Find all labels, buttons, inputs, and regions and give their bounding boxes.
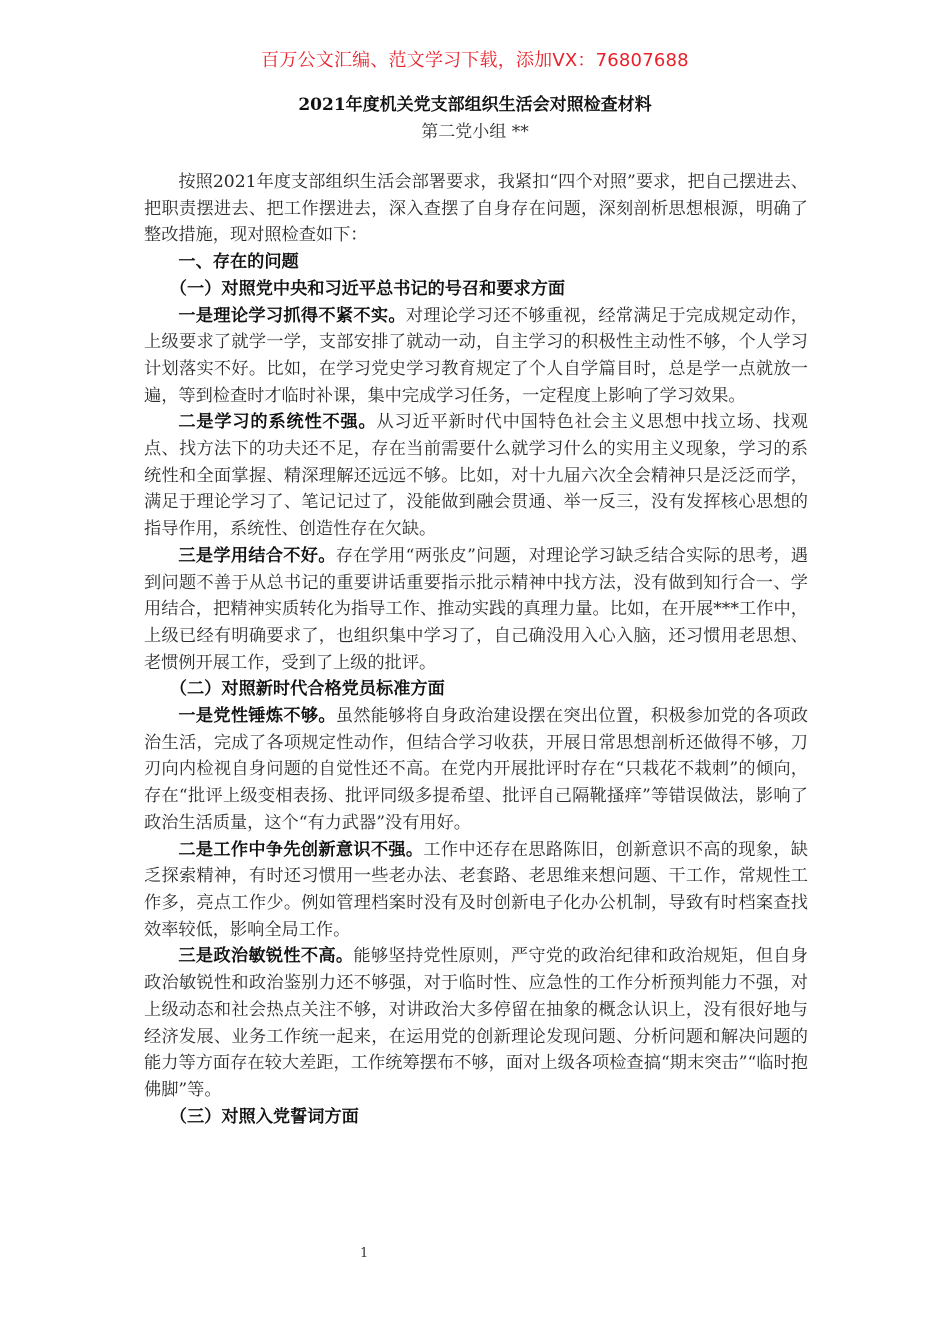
problem-lead: 三是政治敏锐性不高。 — [178, 946, 353, 966]
problem-paragraph: 三是政治敏锐性不高。能够坚持党性原则，严守党的政治纪律和政治规矩，但自身政治敏锐… — [144, 943, 808, 1103]
subsection-heading-2: （二）对照新时代合格党员标准方面 — [144, 676, 808, 703]
problem-lead: 三是学用结合不好。 — [178, 546, 335, 566]
problem-paragraph: 一是党性锤炼不够。虽然能够将自身政治建设摆在突出位置，积极参加党的各项政治生活，… — [144, 703, 808, 837]
subsection-heading-1: （一）对照党中央和习近平总书记的号召和要求方面 — [144, 276, 808, 303]
document-subtitle: 第二党小组 ** — [0, 117, 950, 142]
document-body: 按照2021年度支部组织生活会部署要求，我紧扣“四个对照”要求，把自己摆进去、把… — [144, 169, 808, 1130]
problem-lead: 一是党性锤炼不够。 — [178, 706, 335, 726]
subsection-heading-3: （三）对照入党誓词方面 — [144, 1104, 808, 1131]
problem-lead: 二是学习的系统性不强。 — [178, 412, 376, 432]
problem-paragraph: 二是工作中争先创新意识不强。工作中还存在思路陈旧，创新意识不高的现象，缺乏探索精… — [144, 837, 808, 944]
problem-paragraph: 一是理论学习抓得不紧不实。对理论学习还不够重视，经常满足于完成规定动作，上级要求… — [144, 303, 808, 410]
watermark-banner: 百万公文汇编、范文学习下载，添加VX：76807688 — [0, 46, 950, 72]
document-title: 2021年度机关党支部组织生活会对照检查材料 — [0, 90, 950, 115]
page-number: 1 — [360, 1246, 368, 1261]
problem-lead: 二是工作中争先创新意识不强。 — [178, 840, 423, 860]
intro-paragraph: 按照2021年度支部组织生活会部署要求，我紧扣“四个对照”要求，把自己摆进去、把… — [144, 169, 808, 249]
problem-paragraph: 三是学用结合不好。存在学用“两张皮”问题，对理论学习缺乏结合实际的思考，遇到问题… — [144, 543, 808, 677]
problem-lead: 一是理论学习抓得不紧不实。 — [178, 306, 405, 326]
section-heading-problems: 一、存在的问题 — [144, 249, 808, 276]
problem-text: 能够坚持党性原则，严守党的政治纪律和政治规矩，但自身政治敏锐性和政治鉴别力还不够… — [144, 946, 808, 1100]
problem-paragraph: 二是学习的系统性不强。从习近平新时代中国特色社会主义思想中找立场、找观点、找方法… — [144, 409, 808, 543]
